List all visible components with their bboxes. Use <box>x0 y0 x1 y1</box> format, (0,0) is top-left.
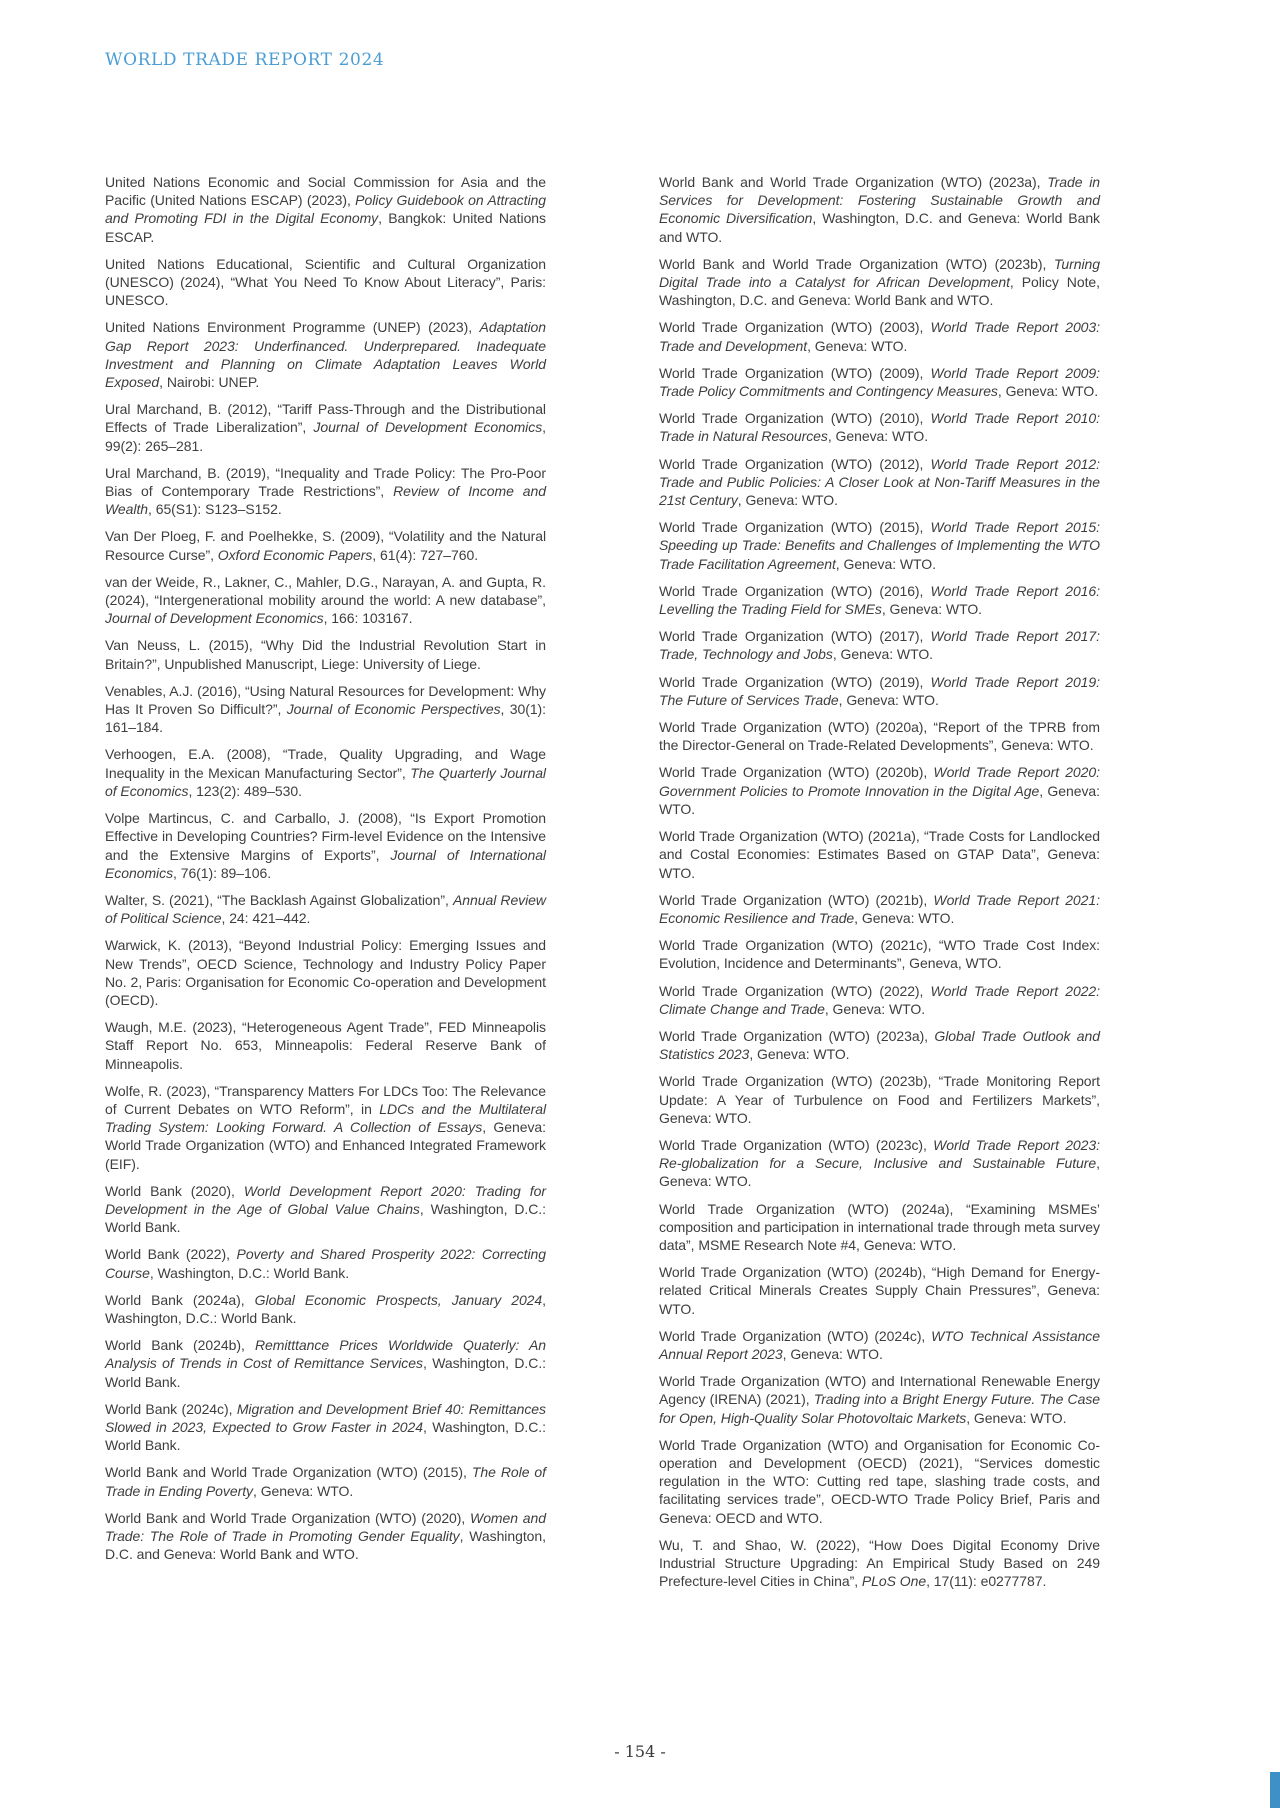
reference-entry: World Bank and World Trade Organization … <box>659 255 1100 310</box>
reference-entry: World Trade Organization (WTO) (2023c), … <box>659 1136 1100 1191</box>
reference-entry: World Trade Organization (WTO) (2022), W… <box>659 982 1100 1018</box>
reference-entry: Volpe Martincus, C. and Carballo, J. (20… <box>105 809 546 882</box>
reference-entry: World Trade Organization (WTO) (2020b), … <box>659 763 1100 818</box>
reference-entry: Walter, S. (2021), “The Backlash Against… <box>105 891 546 927</box>
reference-entry: World Bank (2024a), Global Economic Pros… <box>105 1291 546 1327</box>
reference-entry: World Trade Organization (WTO) (2021a), … <box>659 827 1100 882</box>
reference-entry: World Trade Organization (WTO) (2017), W… <box>659 627 1100 663</box>
page-footer: - 154 - <box>0 1742 1280 1761</box>
reference-entry: Ural Marchand, B. (2012), “Tariff Pass-T… <box>105 400 546 455</box>
reference-entry: World Trade Organization (WTO) and Organ… <box>659 1436 1100 1527</box>
reference-entry: World Trade Organization (WTO) (2010), W… <box>659 409 1100 445</box>
references-columns: United Nations Economic and Social Commi… <box>105 173 1100 1599</box>
reference-entry: World Bank (2020), World Development Rep… <box>105 1182 546 1237</box>
reference-entry: Venables, A.J. (2016), “Using Natural Re… <box>105 682 546 737</box>
reference-entry: World Trade Organization (WTO) (2012), W… <box>659 455 1100 510</box>
reference-entry: World Trade Organization (WTO) (2023a), … <box>659 1027 1100 1063</box>
reference-entry: World Bank and World Trade Organization … <box>105 1509 546 1564</box>
reference-entry: World Trade Organization (WTO) (2024c), … <box>659 1327 1100 1363</box>
references-column-right: World Bank and World Trade Organization … <box>659 173 1100 1599</box>
reference-entry: World Trade Organization (WTO) (2019), W… <box>659 673 1100 709</box>
reference-entry: World Bank (2022), Poverty and Shared Pr… <box>105 1245 546 1281</box>
reference-entry: World Trade Organization (WTO) (2009), W… <box>659 364 1100 400</box>
reference-entry: World Trade Organization (WTO) (2023b), … <box>659 1072 1100 1127</box>
reference-entry: Wolfe, R. (2023), “Transparency Matters … <box>105 1082 546 1173</box>
reference-entry: World Trade Organization (WTO) (2024a), … <box>659 1200 1100 1255</box>
page-number: - 154 - <box>614 1742 666 1761</box>
reference-entry: World Trade Organization (WTO) (2003), W… <box>659 318 1100 354</box>
reference-entry: Wu, T. and Shao, W. (2022), “How Does Di… <box>659 1536 1100 1591</box>
reference-entry: United Nations Educational, Scientific a… <box>105 255 546 310</box>
reference-entry: Waugh, M.E. (2023), “Heterogeneous Agent… <box>105 1018 546 1073</box>
reference-entry: World Trade Organization (WTO) (2024b), … <box>659 1263 1100 1318</box>
reference-entry: World Trade Organization (WTO) and Inter… <box>659 1372 1100 1427</box>
reference-entry: World Trade Organization (WTO) (2015), W… <box>659 518 1100 573</box>
reference-entry: Van Neuss, L. (2015), “Why Did the Indus… <box>105 636 546 672</box>
document-page: WORLD TRADE REPORT 2024 United Nations E… <box>0 0 1280 1809</box>
page-header: WORLD TRADE REPORT 2024 <box>105 50 384 70</box>
reference-entry: World Trade Organization (WTO) (2016), W… <box>659 582 1100 618</box>
reference-entry: World Bank (2024b), Remitttance Prices W… <box>105 1336 546 1391</box>
reference-entry: van der Weide, R., Lakner, C., Mahler, D… <box>105 573 546 628</box>
references-column-left: United Nations Economic and Social Commi… <box>105 173 546 1599</box>
report-title: WORLD TRADE REPORT 2024 <box>105 50 384 70</box>
reference-entry: Ural Marchand, B. (2019), “Inequality an… <box>105 464 546 519</box>
reference-entry: World Trade Organization (WTO) (2021b), … <box>659 891 1100 927</box>
reference-entry: World Trade Organization (WTO) (2020a), … <box>659 718 1100 754</box>
reference-entry: Van Der Ploeg, F. and Poelhekke, S. (200… <box>105 527 546 563</box>
reference-entry: World Bank and World Trade Organization … <box>659 173 1100 246</box>
reference-entry: United Nations Environment Programme (UN… <box>105 318 546 391</box>
section-edge-tab <box>1270 1772 1280 1808</box>
reference-entry: World Bank (2024c), Migration and Develo… <box>105 1400 546 1455</box>
reference-entry: Verhoogen, E.A. (2008), “Trade, Quality … <box>105 745 546 800</box>
reference-entry: Warwick, K. (2013), “Beyond Industrial P… <box>105 936 546 1009</box>
reference-entry: World Trade Organization (WTO) (2021c), … <box>659 936 1100 972</box>
reference-entry: World Bank and World Trade Organization … <box>105 1463 546 1499</box>
reference-entry: United Nations Economic and Social Commi… <box>105 173 546 246</box>
